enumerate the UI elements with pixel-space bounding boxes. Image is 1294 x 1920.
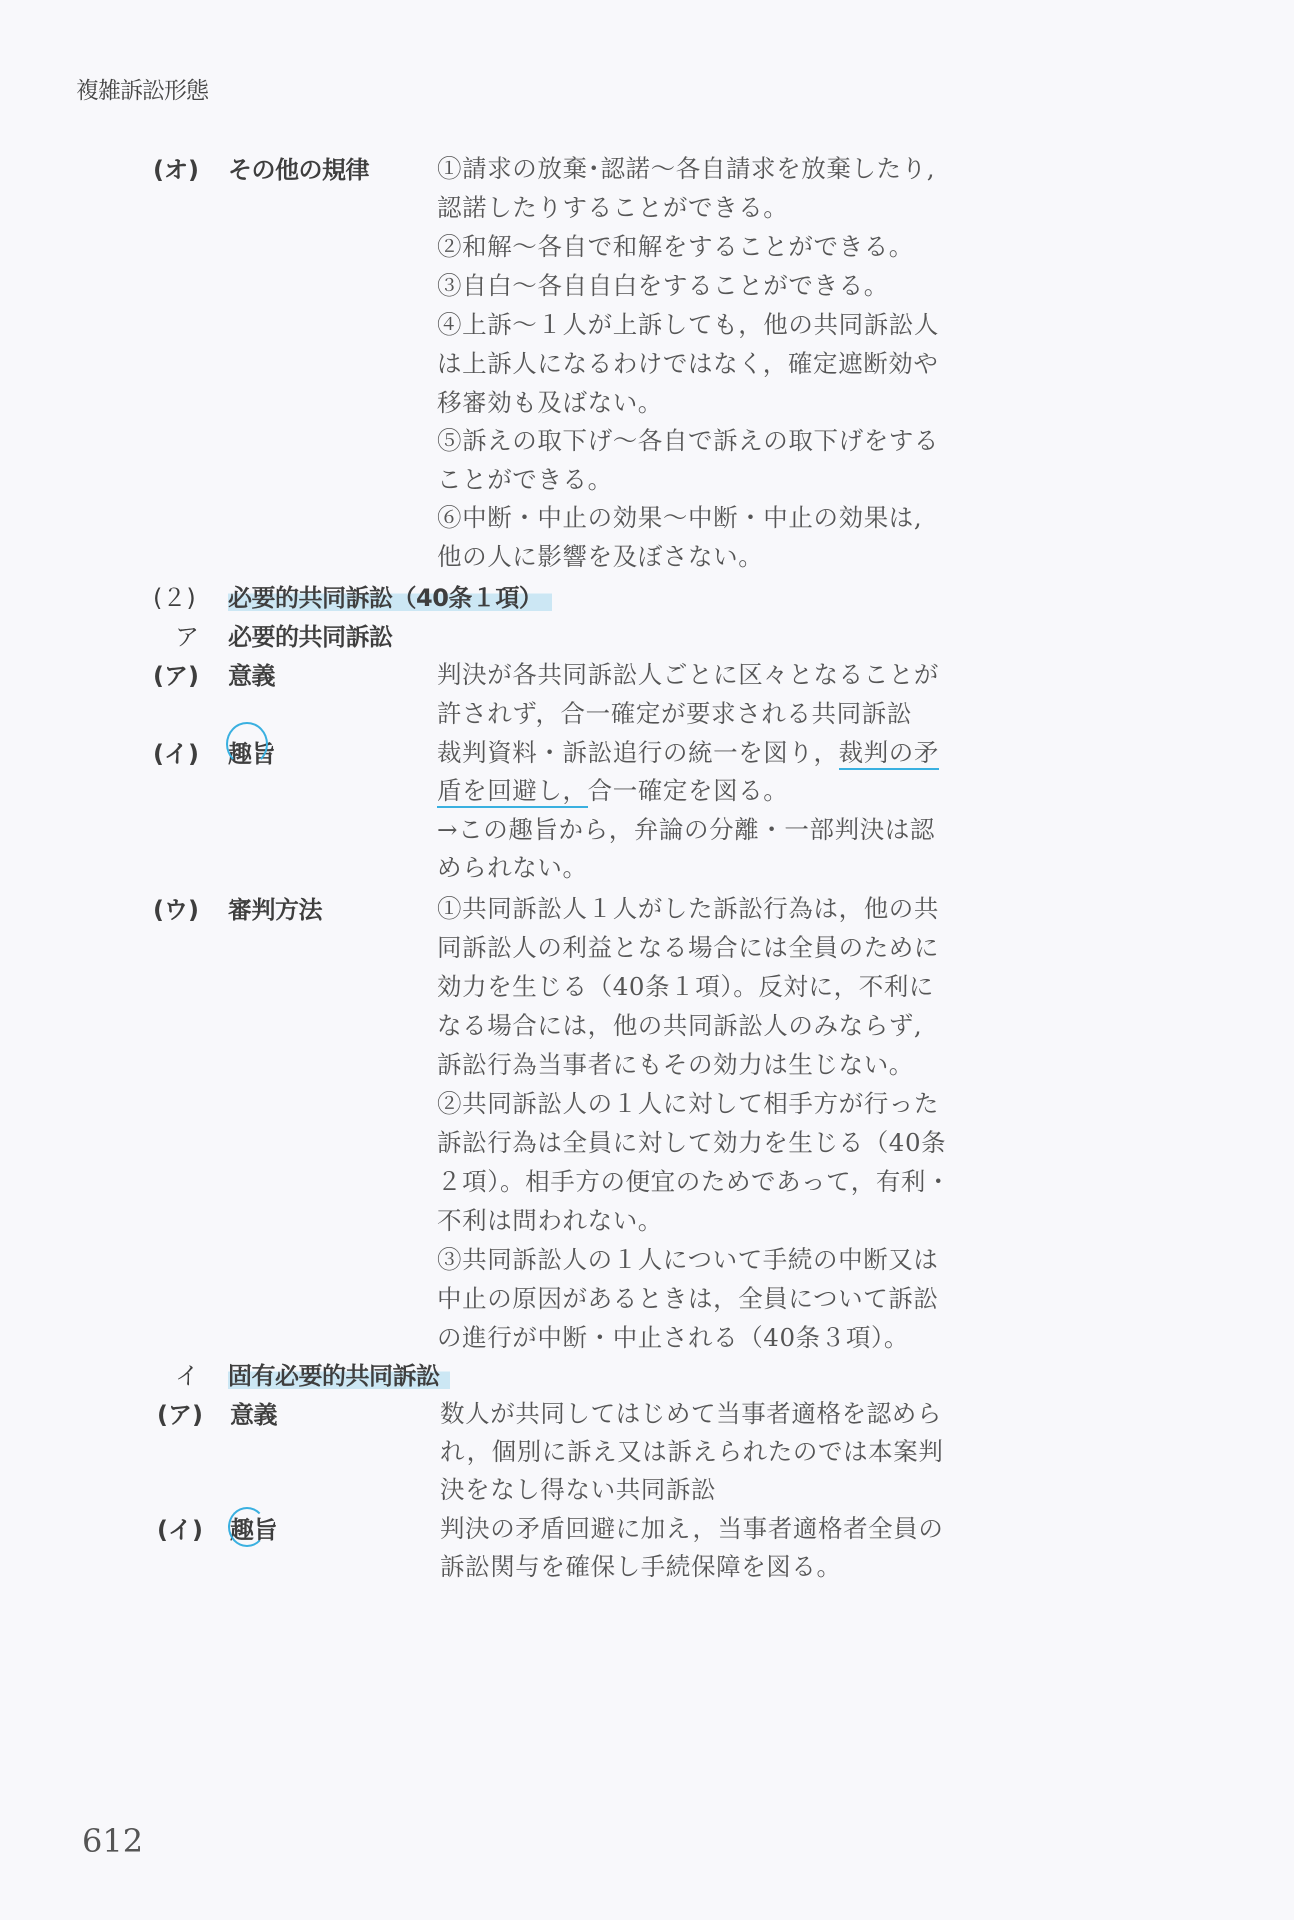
running-head: 複雑訴訟形態 bbox=[76, 72, 208, 105]
pen-circle-annotation bbox=[228, 1507, 266, 1547]
body-line: ②和解～各自で和解をすることができる。 bbox=[437, 228, 914, 263]
body-line: の進行が中断・中止される（40条３項）。 bbox=[437, 1319, 909, 1354]
body-line: 裁判資料・訴訟追行の統一を図り，裁判の矛 bbox=[437, 734, 939, 769]
item-label: (イ) bbox=[157, 1510, 203, 1545]
body-line: ２項）。相手方の便宜のためであって，有利・ bbox=[437, 1163, 951, 1198]
body-line: 盾を回避し，合一確定を図る。 bbox=[437, 772, 788, 807]
body-line: ①請求の放棄･認諾～各自請求を放棄したり, bbox=[437, 150, 935, 185]
body-line: ②共同訴訟人の１人に対して相手方が行った bbox=[437, 1085, 939, 1120]
body-line: ①共同訴訟人１人がした訴訟行為は，他の共 bbox=[437, 890, 939, 925]
plain-text: 裁判資料・訴訟追行の統一を図り， bbox=[437, 738, 839, 767]
body-line: 判決が各共同訴訟人ごとに区々となることが bbox=[437, 656, 939, 691]
body-line: ③自白～各自自白をすることができる。 bbox=[437, 267, 889, 302]
item-label: (ウ) bbox=[153, 890, 199, 925]
body-line: ③共同訴訟人の１人について手続の中断又は bbox=[437, 1241, 939, 1276]
plain-text: 合一確定を図る。 bbox=[588, 776, 789, 805]
body-line: 訴訟行為は全員に対して効力を生じる（40条 bbox=[437, 1124, 946, 1159]
item-title: 意義 bbox=[230, 1395, 277, 1430]
item-label: (ア) bbox=[153, 656, 199, 691]
heading-title-highlighted: 必要的共同訴訟（40条１項） bbox=[228, 578, 552, 613]
body-line: は上訴人になるわけではなく，確定遮断効や bbox=[437, 345, 939, 380]
body-line: 移審効も及ばない。 bbox=[437, 384, 663, 419]
body-line: 数人が共同してはじめて当事者適格を認めら bbox=[440, 1395, 942, 1430]
body-line: 許されず，合一確定が要求される共同訴訟 bbox=[437, 695, 912, 730]
body-line: 判決の矛盾回避に加え，当事者適格者全員の bbox=[440, 1510, 943, 1545]
body-line: 中止の原因があるときは，全員について訴訟 bbox=[437, 1280, 939, 1315]
body-line: 訴訟関与を確保し手続保障を図る。 bbox=[440, 1548, 842, 1583]
item-label: (イ) bbox=[153, 734, 199, 769]
subheading-title-highlighted: 固有必要的共同訴訟 bbox=[228, 1356, 450, 1391]
body-line: 不利は問われない。 bbox=[437, 1202, 663, 1237]
body-line: 訴訟行為当事者にもその効力は生じない。 bbox=[437, 1046, 914, 1081]
body-line: ④上訴～１人が上訴しても，他の共同訴訟人 bbox=[437, 306, 939, 341]
body-line: ことができる。 bbox=[437, 461, 613, 496]
body-line: れ，個別に訴え又は訴えられたのでは本案判 bbox=[440, 1433, 943, 1468]
heading-label: (２) bbox=[153, 578, 196, 613]
item-title: 審判方法 bbox=[228, 890, 322, 925]
note-line: →この趣旨から，弁論の分離・一部判決は認 bbox=[437, 811, 935, 846]
item-label: (ア) bbox=[157, 1395, 203, 1430]
body-line: 他の人に影響を及ぼさない。 bbox=[437, 538, 763, 573]
subheading-title: 必要的共同訴訟 bbox=[228, 617, 393, 652]
body-line: 決をなし得ない共同訴訟 bbox=[440, 1471, 716, 1506]
body-line: ⑥中断・中止の効果～中断・中止の効果は, bbox=[437, 499, 922, 534]
body-line: ⑤訴えの取下げ～各自で訴えの取下げをする bbox=[437, 422, 939, 457]
subheading-label: ア bbox=[175, 617, 199, 652]
note-line: められない。 bbox=[437, 849, 588, 884]
underlined-text: 裁判の矛 bbox=[839, 738, 939, 770]
subheading-label: イ bbox=[175, 1356, 199, 1391]
body-line: なる場合には，他の共同訴訟人のみならず, bbox=[437, 1007, 922, 1042]
pen-circle-annotation bbox=[226, 722, 268, 766]
body-line: 同訴訟人の利益となる場合には全員のために bbox=[437, 929, 939, 964]
section-title: その他の規律 bbox=[228, 150, 369, 185]
item-title: 意義 bbox=[228, 656, 275, 691]
body-line: 効力を生じる（40条１項）。反対に，不利に bbox=[437, 968, 934, 1003]
page-number: 612 bbox=[82, 1822, 143, 1860]
body-line: 認諾したりすることができる。 bbox=[437, 189, 788, 224]
underlined-text: 盾を回避し， bbox=[437, 776, 588, 808]
section-label: (オ) bbox=[153, 150, 199, 185]
